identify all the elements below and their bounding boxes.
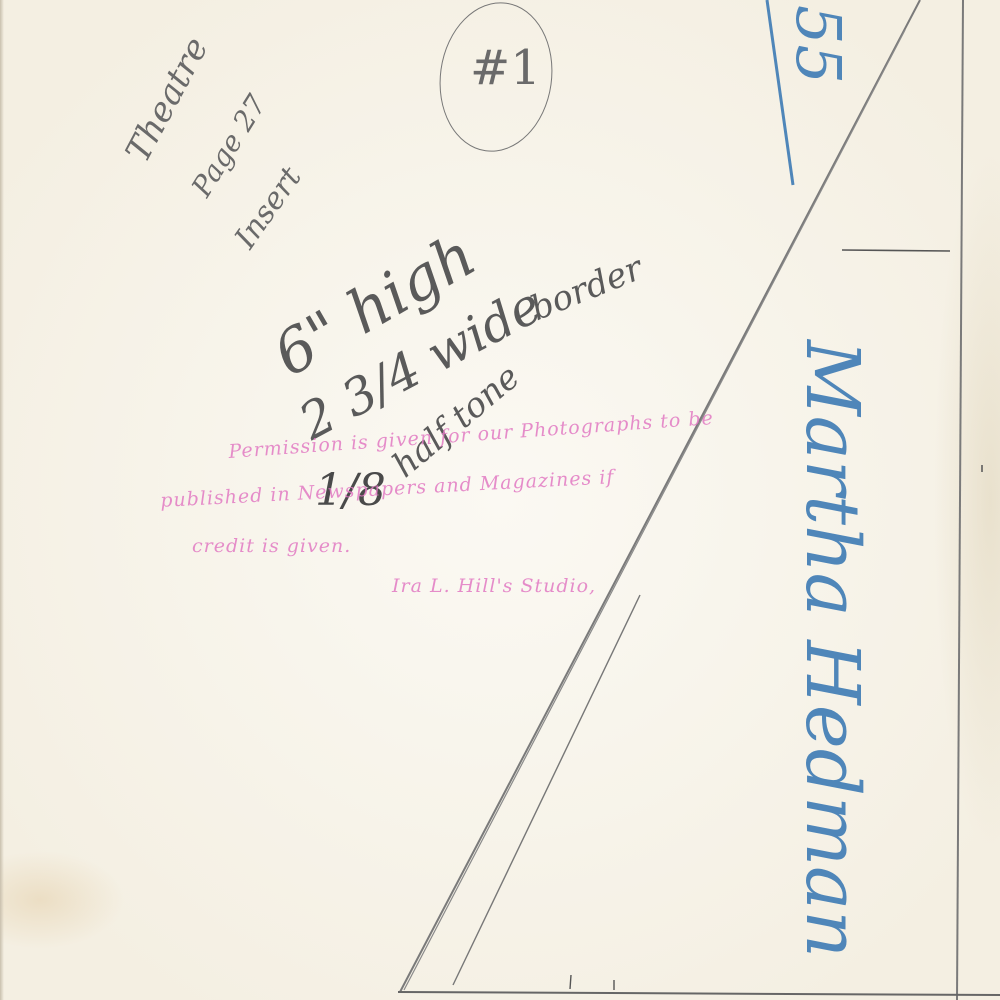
stamp-signature: Ira L. Hill's Studio,: [392, 575, 596, 597]
circled-number: #1: [470, 40, 541, 96]
blue-number: 55: [782, 5, 855, 84]
blue-name: Martha Hedman: [789, 340, 875, 958]
stamp-line-credit: credit is given.: [192, 535, 351, 557]
